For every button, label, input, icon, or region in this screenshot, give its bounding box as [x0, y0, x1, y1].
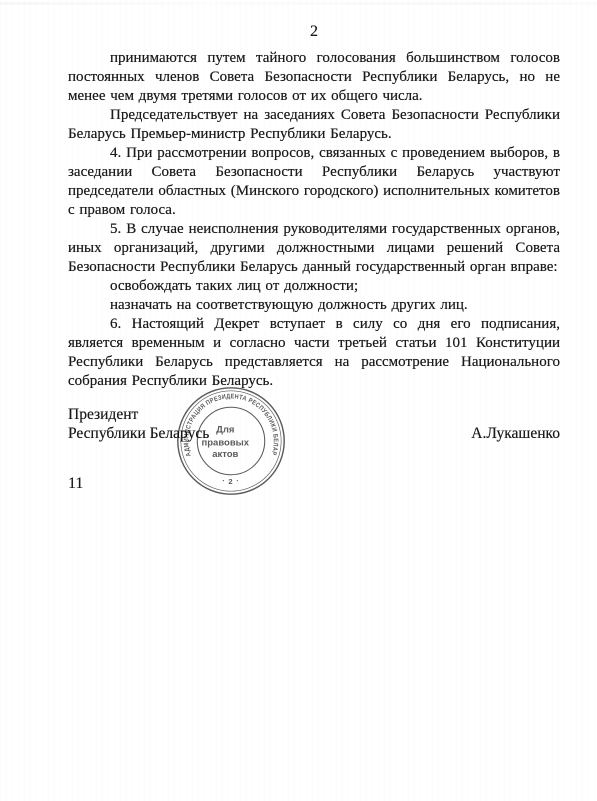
paragraph: 6. Настоящий Декрет вступает в силу со д…: [68, 315, 560, 391]
page-number: 2: [68, 22, 560, 41]
signatory-title-line2: Республики Беларусь: [68, 424, 209, 443]
decree-body: принимаются путем тайного голосования бо…: [68, 49, 560, 391]
page-content: 2 принимаются путем тайного голосования …: [68, 22, 560, 493]
signatory-name: А.Лукашенко: [471, 424, 560, 443]
paragraph: назначать на соответствующую должность д…: [68, 296, 560, 315]
signatory-title: Президент Республики Беларусь: [68, 405, 209, 443]
paragraph: освобождать таких лиц от должности;: [68, 277, 560, 296]
scan-artifact: [0, 2, 597, 5]
footer-page-marker: 11: [68, 474, 560, 493]
paragraph: 5. В случае неисполнения руководителями …: [68, 220, 560, 277]
paragraph: 4. При рассмотрении вопросов, связанных …: [68, 144, 560, 220]
paragraph: принимаются путем тайного голосования бо…: [68, 49, 560, 106]
document-page: 2 принимаются путем тайного голосования …: [0, 0, 597, 801]
paragraph: Председательствует на заседаниях Совета …: [68, 106, 560, 144]
signature-block: Президент Республики Беларусь А.Лукашенк…: [68, 405, 560, 443]
signatory-title-line1: Президент: [68, 405, 209, 424]
